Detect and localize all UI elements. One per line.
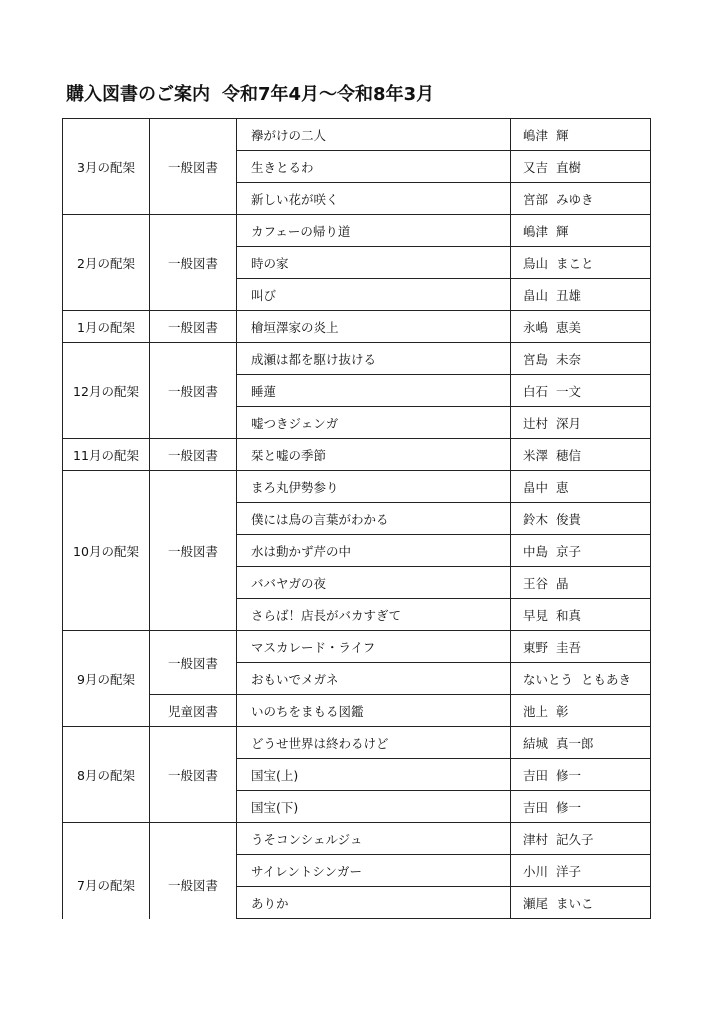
book-title: 嘘つきジェンガ — [237, 407, 511, 439]
author-name: 永嶋恵美 — [511, 311, 651, 343]
category-cell: 一般図書 — [150, 215, 237, 311]
book-title: さらば！店長がバカすぎて — [237, 599, 511, 631]
purchased-books-table: 3月の配架 一般図書 襷がけの二人 嶋津輝 生きとるわ 又吉直樹 新しい花が咲く… — [62, 118, 651, 919]
table-row: 1月の配架 一般図書 檜垣澤家の炎上 永嶋恵美 — [63, 311, 651, 343]
author-name: 吉田修一 — [511, 791, 651, 823]
category-cell: 一般図書 — [150, 343, 237, 439]
book-title: おもいでメガネ — [237, 663, 511, 695]
book-title: ババヤガの夜 — [237, 567, 511, 599]
author-name: 吉田修一 — [511, 759, 651, 791]
author-name: 小川洋子 — [511, 855, 651, 887]
author-name: 鈴木俊貴 — [511, 503, 651, 535]
book-title: 成瀬は都を駆け抜ける — [237, 343, 511, 375]
author-name: ないとうともあき — [511, 663, 651, 695]
author-name: 東野圭吾 — [511, 631, 651, 663]
table-row: 10月の配架 一般図書 まろ丸伊勢参り 畠中恵 — [63, 471, 651, 503]
book-title: 栞と嘘の季節 — [237, 439, 511, 471]
author-name: 中島京子 — [511, 535, 651, 567]
author-name: 米澤穂信 — [511, 439, 651, 471]
title-main: 購入図書のご案内 — [66, 84, 210, 105]
book-title: 叫び — [237, 279, 511, 311]
table-row: 12月の配架 一般図書 成瀬は都を駆け抜ける 宮島未奈 — [63, 343, 651, 375]
category-cell: 一般図書 — [150, 727, 237, 823]
author-name: 白石一文 — [511, 375, 651, 407]
book-title: ありか — [237, 887, 511, 919]
book-title: 水は動かず芹の中 — [237, 535, 511, 567]
author-name: 宮部みゆき — [511, 183, 651, 215]
category-cell: 児童図書 — [150, 695, 237, 727]
category-cell: 一般図書 — [150, 823, 237, 919]
table-row: 7月の配架 一般図書 うそコンシェルジュ 津村記久子 — [63, 823, 651, 855]
category-cell: 一般図書 — [150, 471, 237, 631]
book-title: 襷がけの二人 — [237, 119, 511, 151]
category-cell: 一般図書 — [150, 311, 237, 343]
author-name: 王谷晶 — [511, 567, 651, 599]
book-title: まろ丸伊勢参り — [237, 471, 511, 503]
table-row: 2月の配架 一般図書 カフェーの帰り道 嶋津輝 — [63, 215, 651, 247]
book-title: 国宝(上) — [237, 759, 511, 791]
month-cell: 1月の配架 — [63, 311, 150, 343]
author-name: 畠山丑雄 — [511, 279, 651, 311]
book-title: どうせ世界は終わるけど — [237, 727, 511, 759]
month-cell: 11月の配架 — [63, 439, 150, 471]
book-title: マスカレード・ライフ — [237, 631, 511, 663]
book-title: 時の家 — [237, 247, 511, 279]
book-title: 国宝(下) — [237, 791, 511, 823]
book-title: 僕には鳥の言葉がわかる — [237, 503, 511, 535]
author-name: 池上彰 — [511, 695, 651, 727]
book-title: うそコンシェルジュ — [237, 823, 511, 855]
category-cell: 一般図書 — [150, 631, 237, 695]
category-cell: 一般図書 — [150, 439, 237, 471]
page-title: 購入図書のご案内令和7年4月～令和8年3月 — [66, 80, 434, 106]
author-name: 宮島未奈 — [511, 343, 651, 375]
author-name: 瀬尾まいこ — [511, 887, 651, 919]
author-name: 早見和真 — [511, 599, 651, 631]
book-title: いのちをまもる図鑑 — [237, 695, 511, 727]
month-cell: 12月の配架 — [63, 343, 150, 439]
book-title: サイレントシンガー — [237, 855, 511, 887]
category-cell: 一般図書 — [150, 119, 237, 215]
book-title: 生きとるわ — [237, 151, 511, 183]
book-title: 新しい花が咲く — [237, 183, 511, 215]
table-row: 11月の配架 一般図書 栞と嘘の季節 米澤穂信 — [63, 439, 651, 471]
title-period: 令和7年4月～令和8年3月 — [222, 84, 434, 105]
author-name: 結城真一郎 — [511, 727, 651, 759]
author-name: 辻村深月 — [511, 407, 651, 439]
month-cell: 9月の配架 — [63, 631, 150, 727]
table-row: 9月の配架 一般図書 マスカレード・ライフ 東野圭吾 — [63, 631, 651, 663]
table-row: 8月の配架 一般図書 どうせ世界は終わるけど 結城真一郎 — [63, 727, 651, 759]
book-title: カフェーの帰り道 — [237, 215, 511, 247]
month-cell: 7月の配架 — [63, 823, 150, 919]
month-cell: 2月の配架 — [63, 215, 150, 311]
table-row: 児童図書 いのちをまもる図鑑 池上彰 — [63, 695, 651, 727]
month-cell: 8月の配架 — [63, 727, 150, 823]
month-cell: 10月の配架 — [63, 471, 150, 631]
author-name: 畠中恵 — [511, 471, 651, 503]
book-title: 睡蓮 — [237, 375, 511, 407]
book-title: 檜垣澤家の炎上 — [237, 311, 511, 343]
author-name: 嶋津輝 — [511, 119, 651, 151]
author-name: 鳥山まこと — [511, 247, 651, 279]
table-row: 3月の配架 一般図書 襷がけの二人 嶋津輝 — [63, 119, 651, 151]
author-name: 津村記久子 — [511, 823, 651, 855]
author-name: 嶋津輝 — [511, 215, 651, 247]
author-name: 又吉直樹 — [511, 151, 651, 183]
month-cell: 3月の配架 — [63, 119, 150, 215]
